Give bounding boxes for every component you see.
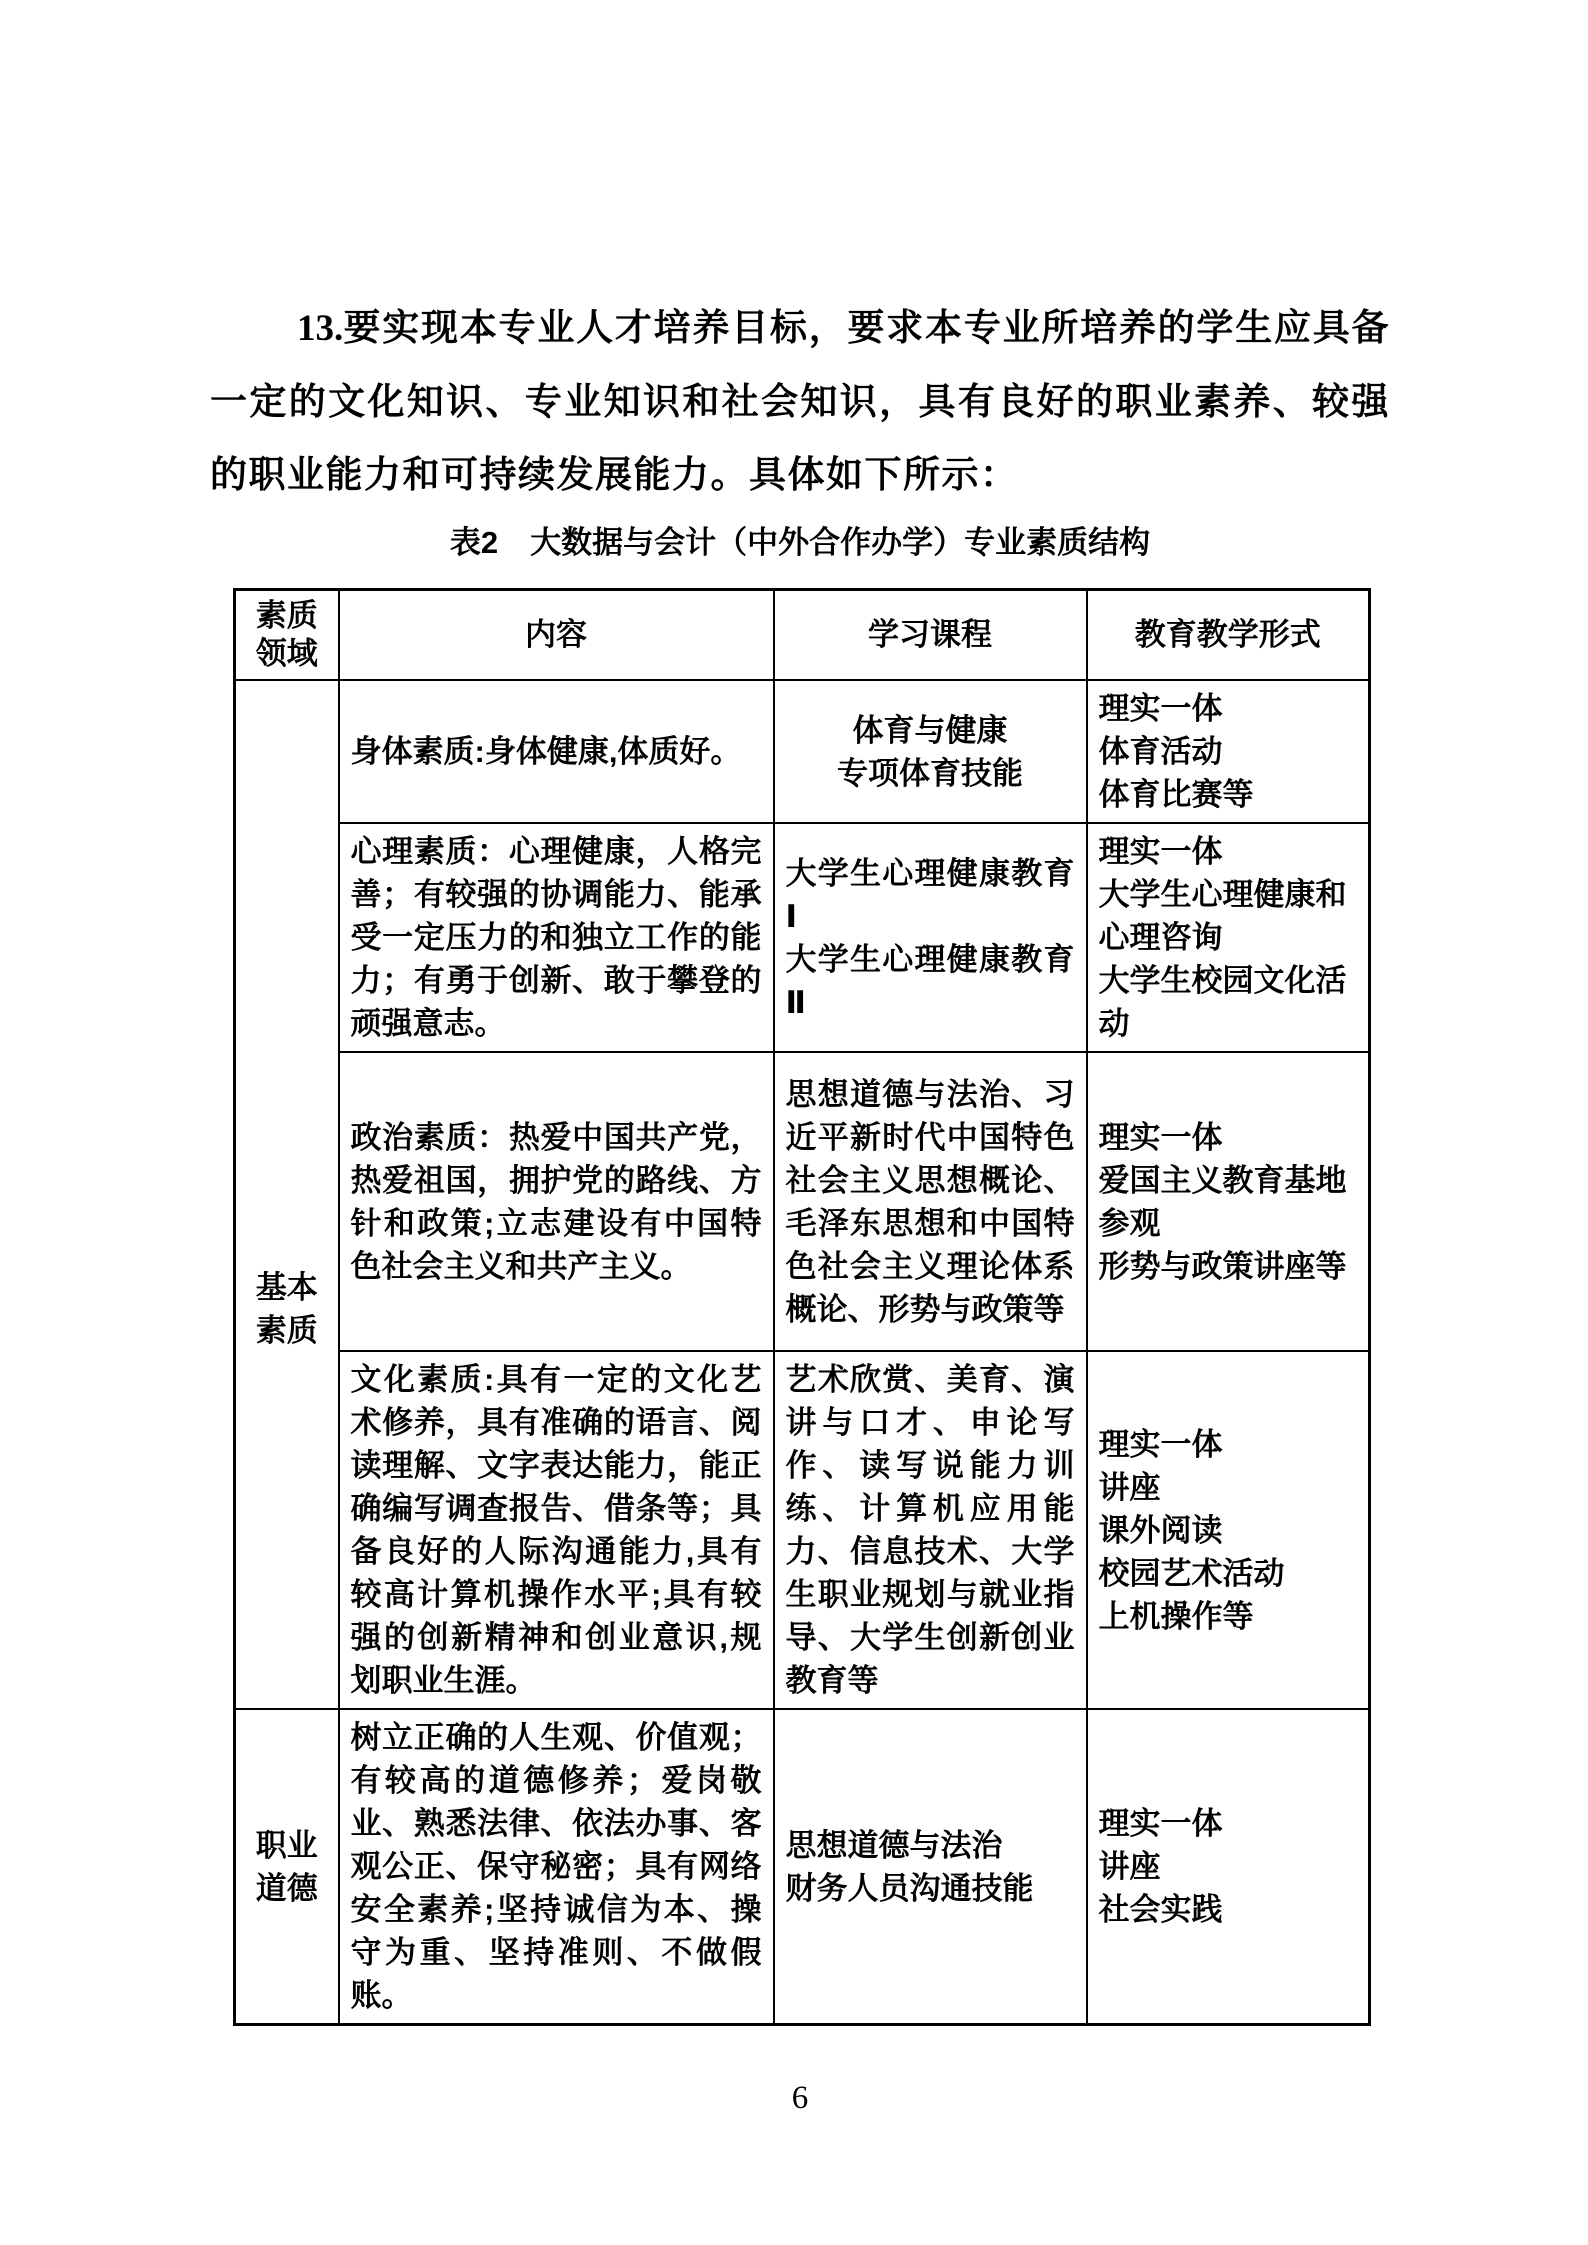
table-row-ethics: 职业 道德 树立正确的人生观、价值观；有较高的道德修养；爱岗敬业、熟悉法律、依法… (235, 1709, 1370, 2025)
table-row-political: 政治素质：热爱中国共产党，热爱祖国，拥护党的路线、方针和政策;立志建设有中国特色… (235, 1052, 1370, 1351)
quality-structure-table: 素质 领域 内容 学习课程 教育教学形式 基本 素质 身体素质:身体健康,体质好… (233, 588, 1371, 2026)
table-title-label: 表2 (450, 525, 498, 560)
paragraph-text: 要实现本专业人才培养目标，要求本专业所培养的学生应具备一定的文化知识、专业知识和… (210, 307, 1390, 495)
cell-forms: 理实一体 讲座 课外阅读 校园艺术活动 上机操作等 (1087, 1351, 1370, 1709)
cell-domain-ethics: 职业 道德 (235, 1709, 339, 2025)
table-row-cultural: 文化素质:具有一定的文化艺术修养，具有准确的语言、阅读理解、文字表达能力，能正确… (235, 1351, 1370, 1709)
cell-content: 政治素质：热爱中国共产党，热爱祖国，拥护党的路线、方针和政策;立志建设有中国特色… (339, 1052, 774, 1351)
paragraph-number: 13. (297, 308, 343, 349)
header-content: 内容 (339, 590, 774, 681)
cell-content: 树立正确的人生观、价值观；有较高的道德修养；爱岗敬业、熟悉法律、依法办事、客观公… (339, 1709, 774, 2025)
header-domain: 素质 领域 (235, 590, 339, 681)
cell-domain-basic: 基本 素质 (235, 680, 339, 1709)
cell-courses: 思想道德与法治 财务人员沟通技能 (774, 1709, 1087, 2025)
cell-courses: 大学生心理健康教育Ⅰ 大学生心理健康教育Ⅱ (774, 823, 1087, 1052)
table-title: 表2大数据与会计（中外合作办学）专业素质结构 (210, 521, 1390, 565)
table-header-row: 素质 领域 内容 学习课程 教育教学形式 (235, 590, 1370, 681)
header-forms: 教育教学形式 (1087, 590, 1370, 681)
cell-forms: 理实一体 体育活动 体育比赛等 (1087, 680, 1370, 823)
cell-content: 身体素质:身体健康,体质好。 (339, 680, 774, 823)
cell-forms: 理实一体 讲座 社会实践 (1087, 1709, 1370, 2025)
body-paragraph: 13.要实现本专业人才培养目标，要求本专业所培养的学生应具备一定的文化知识、专业… (210, 291, 1390, 511)
table-row-psychological: 心理素质：心理健康，人格完善；有较强的协调能力、能承受一定压力的和独立工作的能力… (235, 823, 1370, 1052)
table-title-text: 大数据与会计（中外合作办学）专业素质结构 (530, 525, 1150, 560)
header-courses: 学习课程 (774, 590, 1087, 681)
cell-courses: 艺术欣赏、美育、演讲与口才、申论写作、读写说能力训练、计算机应用能力、信息技术、… (774, 1351, 1087, 1709)
document-page: 13.要实现本专业人才培养目标，要求本专业所培养的学生应具备一定的文化知识、专业… (0, 0, 1588, 2245)
cell-content: 心理素质：心理健康，人格完善；有较强的协调能力、能承受一定压力的和独立工作的能力… (339, 823, 774, 1052)
cell-forms: 理实一体 大学生心理健康和心理咨询 大学生校园文化活动 (1087, 823, 1370, 1052)
cell-courses: 思想道德与法治、习近平新时代中国特色社会主义思想概论、毛泽东思想和中国特色社会主… (774, 1052, 1087, 1351)
cell-content: 文化素质:具有一定的文化艺术修养，具有准确的语言、阅读理解、文字表达能力，能正确… (339, 1351, 774, 1709)
page-number: 6 (210, 2080, 1390, 2117)
cell-courses: 体育与健康 专项体育技能 (774, 680, 1087, 823)
cell-forms: 理实一体 爱国主义教育基地参观 形势与政策讲座等 (1087, 1052, 1370, 1351)
table-row-physical: 基本 素质 身体素质:身体健康,体质好。 体育与健康 专项体育技能 理实一体 体… (235, 680, 1370, 823)
